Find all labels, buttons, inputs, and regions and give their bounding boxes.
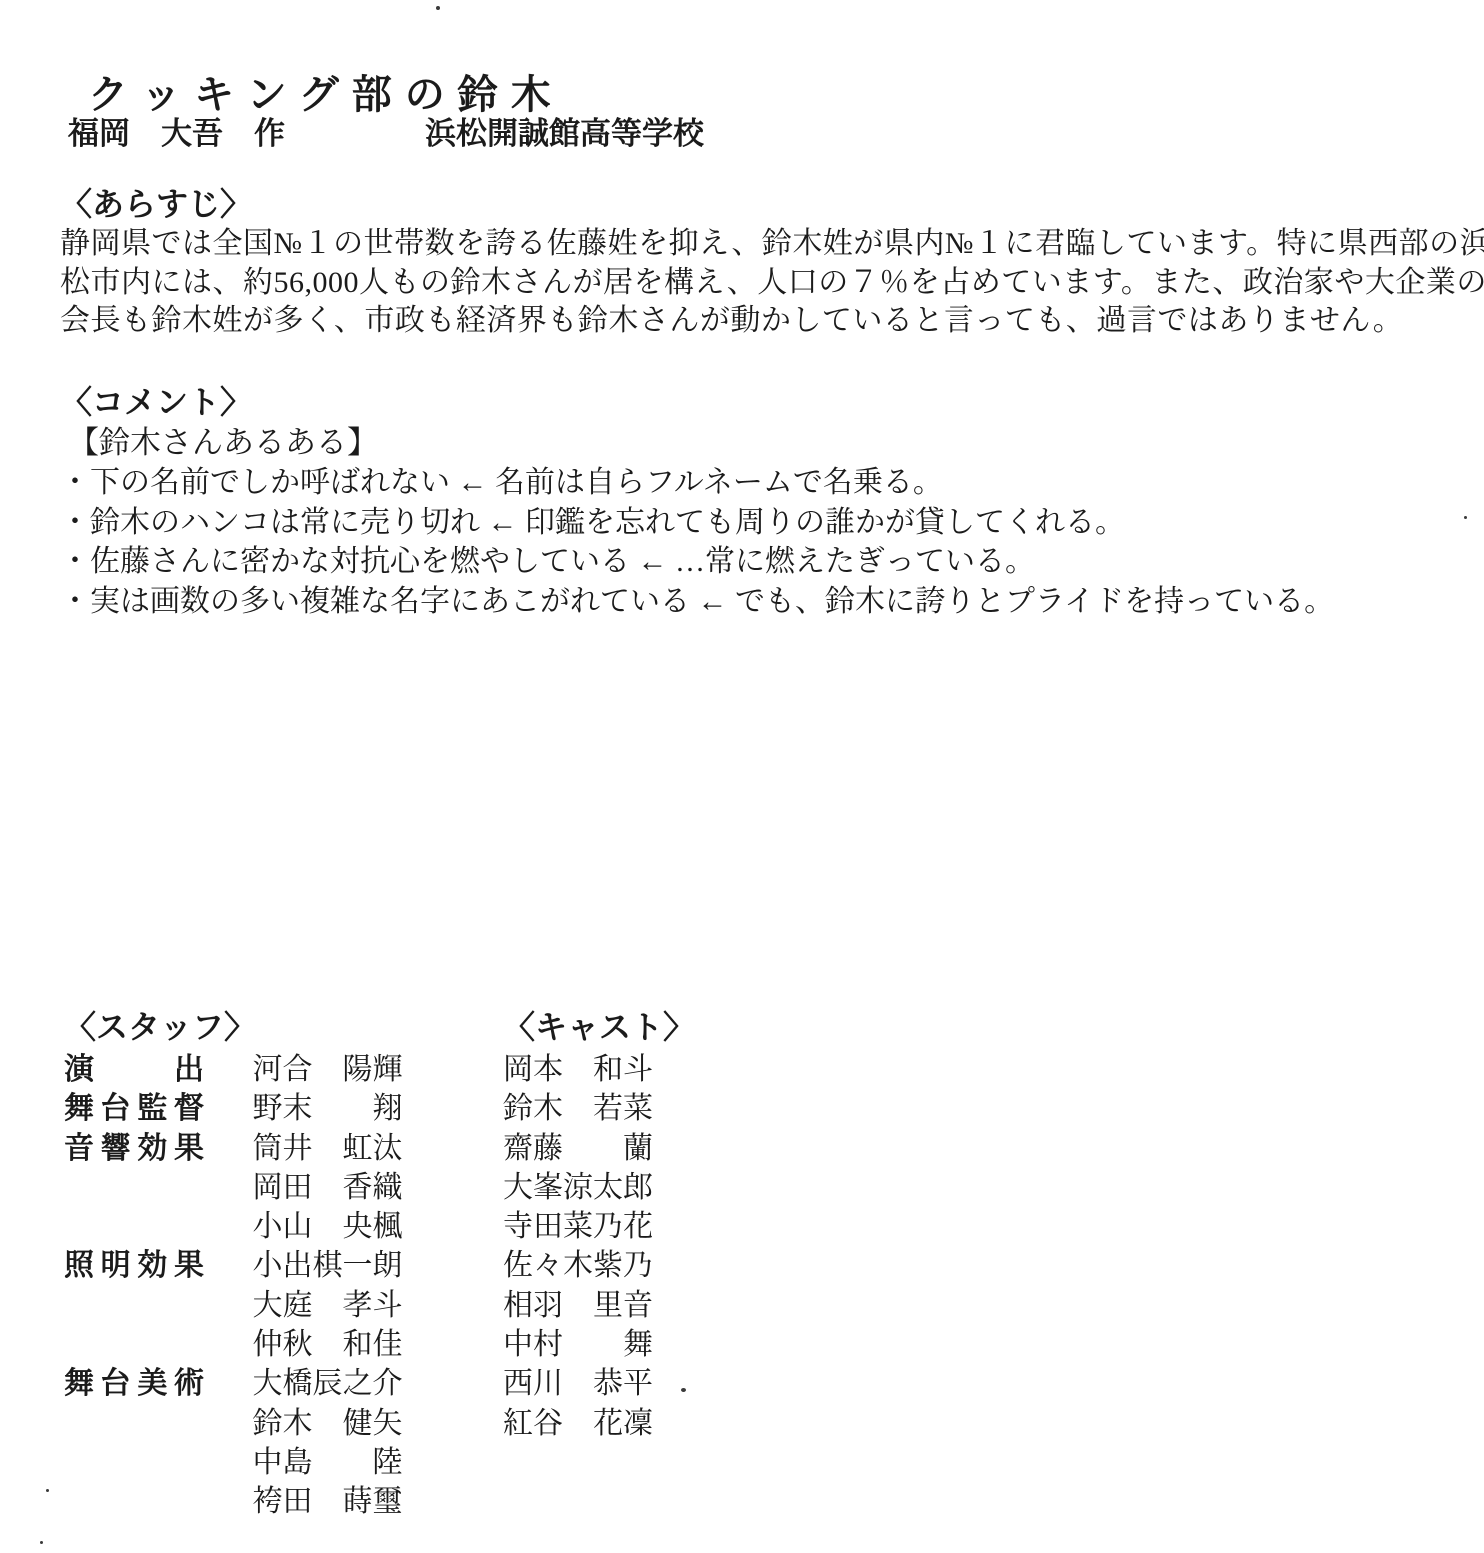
school-name: 浜松開誠館高等学校 xyxy=(425,108,704,153)
staff-role: 音響効果 xyxy=(64,1129,204,1168)
comment-section: 〈コメント〉 【鈴木さんあるある】 ・下の名前でしか呼ばれない ← 名前は自らフ… xyxy=(60,381,1470,621)
staff-member-name: 岡田 香織 xyxy=(253,1168,413,1207)
cast-member-name: 西川 恭平 xyxy=(503,1364,663,1403)
staff-member-name: 河合 陽輝 xyxy=(253,1050,413,1089)
comment-bullet: ・佐藤さんに密かな対抗心を燃やしている ← …常に燃えたぎっている。 xyxy=(60,542,1470,582)
cast-row: 寺田菜乃花 xyxy=(503,1207,695,1246)
cast-row: 齋藤 蘭 xyxy=(503,1129,695,1168)
document-page: クッキング部の鈴木 福岡 大吾 作 浜松開誠館高等学校 〈あらすじ〉 静岡県では… xyxy=(0,0,1484,1553)
cast-row: 紅谷 花凜 xyxy=(503,1404,695,1443)
staff-member-name: 小山 央楓 xyxy=(253,1207,413,1246)
author-credit: 福岡 大吾 作 xyxy=(68,116,285,151)
staff-role: 演 出 xyxy=(64,1050,204,1089)
cast-member-name: 中村 舞 xyxy=(503,1325,663,1364)
staff-row: 舞台美術 大橋辰之介 xyxy=(64,1364,413,1403)
cast-member-name: 佐々木紫乃 xyxy=(503,1246,663,1285)
synopsis-body: 静岡県では全国№１の世帯数を誇る佐藤姓を抑え、鈴木姓が県内№１に君臨しています。… xyxy=(60,225,1470,341)
staff-row: 岡田 香織 xyxy=(64,1168,413,1207)
cast-member-name: 大峯涼太郎 xyxy=(503,1168,663,1207)
staff-row: 小山 央楓 xyxy=(64,1207,413,1246)
comment-subheading: 【鈴木さんあるある】 xyxy=(68,423,1470,463)
synopsis-line: 会長も鈴木姓が多く、市政も経済界も鈴木さんが動かしていると言っても、過言ではあり… xyxy=(60,302,1470,341)
staff-row: 音響効果 筒井 虹汰 xyxy=(64,1129,413,1168)
comment-bullets: ・下の名前でしか呼ばれない ← 名前は自らフルネームで名乗る。 ・鈴木のハンコは… xyxy=(60,463,1470,621)
staff-role: 舞台美術 xyxy=(64,1364,204,1403)
synopsis-heading: 〈あらすじ〉 xyxy=(60,183,1470,225)
staff-role: 照明効果 xyxy=(64,1246,204,1285)
staff-member-name: 大庭 孝斗 xyxy=(253,1286,413,1325)
staff-member-name: 野末 翔 xyxy=(253,1089,413,1128)
cast-member-name: 紅谷 花凜 xyxy=(503,1404,663,1443)
staff-member-name: 大橋辰之介 xyxy=(253,1364,413,1403)
staff-row: 仲秋 和佳 xyxy=(64,1325,413,1364)
byline: 福岡 大吾 作 浜松開誠館高等学校 xyxy=(68,108,1448,148)
synopsis-section: 〈あらすじ〉 静岡県では全国№１の世帯数を誇る佐藤姓を抑え、鈴木姓が県内№１に君… xyxy=(60,183,1470,341)
staff-rows: 演 出 河合 陽輝 舞台監督 野末 翔 音響効果 筒井 虹汰 岡田 香織 xyxy=(64,1050,413,1522)
comment-bullet: ・下の名前でしか呼ばれない ← 名前は自らフルネームで名乗る。 xyxy=(60,463,1470,503)
comment-heading: 〈コメント〉 xyxy=(60,381,1470,423)
cast-row: 岡本 和斗 xyxy=(503,1050,695,1089)
synopsis-line: 松市内には、約56,000人もの鈴木さんが居を構え、人口の７％を占めています。ま… xyxy=(60,264,1470,303)
staff-row: 大庭 孝斗 xyxy=(64,1286,413,1325)
cast-heading: 〈キャスト〉 xyxy=(503,1006,695,1048)
cast-member-name: 齋藤 蘭 xyxy=(503,1129,663,1168)
staff-row: 照明効果 小出棋一朗 xyxy=(64,1246,413,1285)
cast-row: 相羽 里音 xyxy=(503,1286,695,1325)
cast-row: 中村 舞 xyxy=(503,1325,695,1364)
staff-heading: 〈スタッフ〉 xyxy=(64,1006,413,1048)
comment-bullet: ・鈴木のハンコは常に売り切れ ← 印鑑を忘れても周りの誰かが貸してくれる。 xyxy=(60,503,1470,543)
cast-member-name: 鈴木 若菜 xyxy=(503,1089,663,1128)
scan-speck xyxy=(40,1541,43,1544)
cast-member-name: 岡本 和斗 xyxy=(503,1050,663,1089)
cast-row: 佐々木紫乃 xyxy=(503,1246,695,1285)
staff-section: 〈スタッフ〉 演 出 河合 陽輝 舞台監督 野末 翔 音響効果 筒井 虹汰 xyxy=(64,1006,413,1522)
staff-row: 舞台監督 野末 翔 xyxy=(64,1089,413,1128)
staff-member-name: 中島 陸 xyxy=(253,1443,413,1482)
scan-speck xyxy=(436,6,440,10)
staff-row: 鈴木 健矢 xyxy=(64,1404,413,1443)
cast-row: 大峯涼太郎 xyxy=(503,1168,695,1207)
cast-row: 西川 恭平 xyxy=(503,1364,695,1403)
staff-role: 舞台監督 xyxy=(64,1089,204,1128)
cast-row: 鈴木 若菜 xyxy=(503,1089,695,1128)
staff-row: 演 出 河合 陽輝 xyxy=(64,1050,413,1089)
scan-speck xyxy=(46,1489,49,1492)
comment-bullet: ・実は画数の多い複雑な名字にあこがれている ← でも、鈴木に誇りとプライドを持っ… xyxy=(60,582,1470,622)
scan-speck xyxy=(1464,516,1467,519)
cast-rows: 岡本 和斗 鈴木 若菜 齋藤 蘭 大峯涼太郎 寺田菜乃花 xyxy=(503,1050,695,1443)
staff-member-name: 仲秋 和佳 xyxy=(253,1325,413,1364)
staff-member-name: 袴田 蒔璽 xyxy=(253,1482,413,1521)
cast-member-name: 相羽 里音 xyxy=(503,1286,663,1325)
cast-member-name: 寺田菜乃花 xyxy=(503,1207,663,1246)
staff-member-name: 筒井 虹汰 xyxy=(253,1129,413,1168)
cast-section: 〈キャスト〉 岡本 和斗 鈴木 若菜 齋藤 蘭 大峯涼太郎 xyxy=(503,1006,695,1443)
staff-row: 袴田 蒔璽 xyxy=(64,1482,413,1521)
staff-member-name: 鈴木 健矢 xyxy=(253,1404,413,1443)
scan-speck xyxy=(681,1388,686,1392)
staff-row: 中島 陸 xyxy=(64,1443,413,1482)
staff-member-name: 小出棋一朗 xyxy=(253,1246,413,1285)
synopsis-line: 静岡県では全国№１の世帯数を誇る佐藤姓を抑え、鈴木姓が県内№１に君臨しています。… xyxy=(60,225,1470,264)
